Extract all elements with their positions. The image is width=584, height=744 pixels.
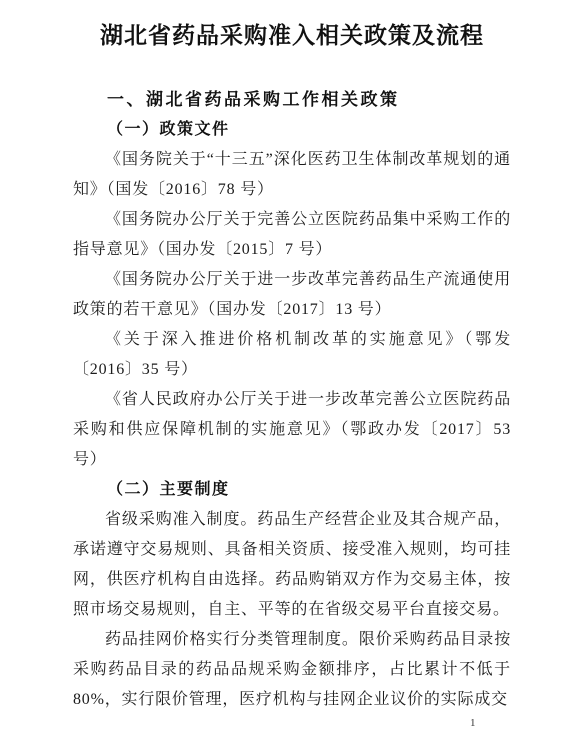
heading-level-1: 一、湖北省药品采购工作相关政策 — [73, 85, 511, 115]
policy-citation-5: 《省人民政府办公厅关于进一步改革完善公立医院药品采购和供应保障机制的实施意见》（… — [73, 385, 511, 475]
page-title: 湖北省药品采购准入相关政策及流程 — [73, 22, 511, 49]
policy-citation-2: 《国务院办公厅关于完善公立医院药品集中采购工作的指导意见》（国办发〔2015〕7… — [73, 205, 511, 265]
section-1-heading: （一）政策文件 — [73, 115, 511, 145]
document-content: 湖北省药品采购准入相关政策及流程 一、湖北省药品采购工作相关政策 （一）政策文件… — [73, 0, 511, 715]
document-page: 湖北省药品采购准入相关政策及流程 一、湖北省药品采购工作相关政策 （一）政策文件… — [0, 0, 584, 744]
page-number: 1 — [470, 717, 476, 729]
body-paragraph-2: 药品挂网价格实行分类管理制度。限价采购药品目录按采购药品目录的药品品规采购金额排… — [73, 625, 511, 715]
policy-citation-1: 《国务院关于“十三五”深化医药卫生体制改革规划的通知》（国发〔2016〕78 号… — [73, 145, 511, 205]
section-2-heading: （二）主要制度 — [73, 475, 511, 505]
body-paragraph-1: 省级采购准入制度。药品生产经营企业及其合规产品，承诺遵守交易规则、具备相关资质、… — [73, 505, 511, 625]
policy-citation-3: 《国务院办公厅关于进一步改革完善药品生产流通使用政策的若干意见》（国办发〔201… — [73, 265, 511, 325]
policy-citation-4: 《关于深入推进价格机制改革的实施意见》（鄂发〔2016〕35 号） — [73, 325, 511, 385]
